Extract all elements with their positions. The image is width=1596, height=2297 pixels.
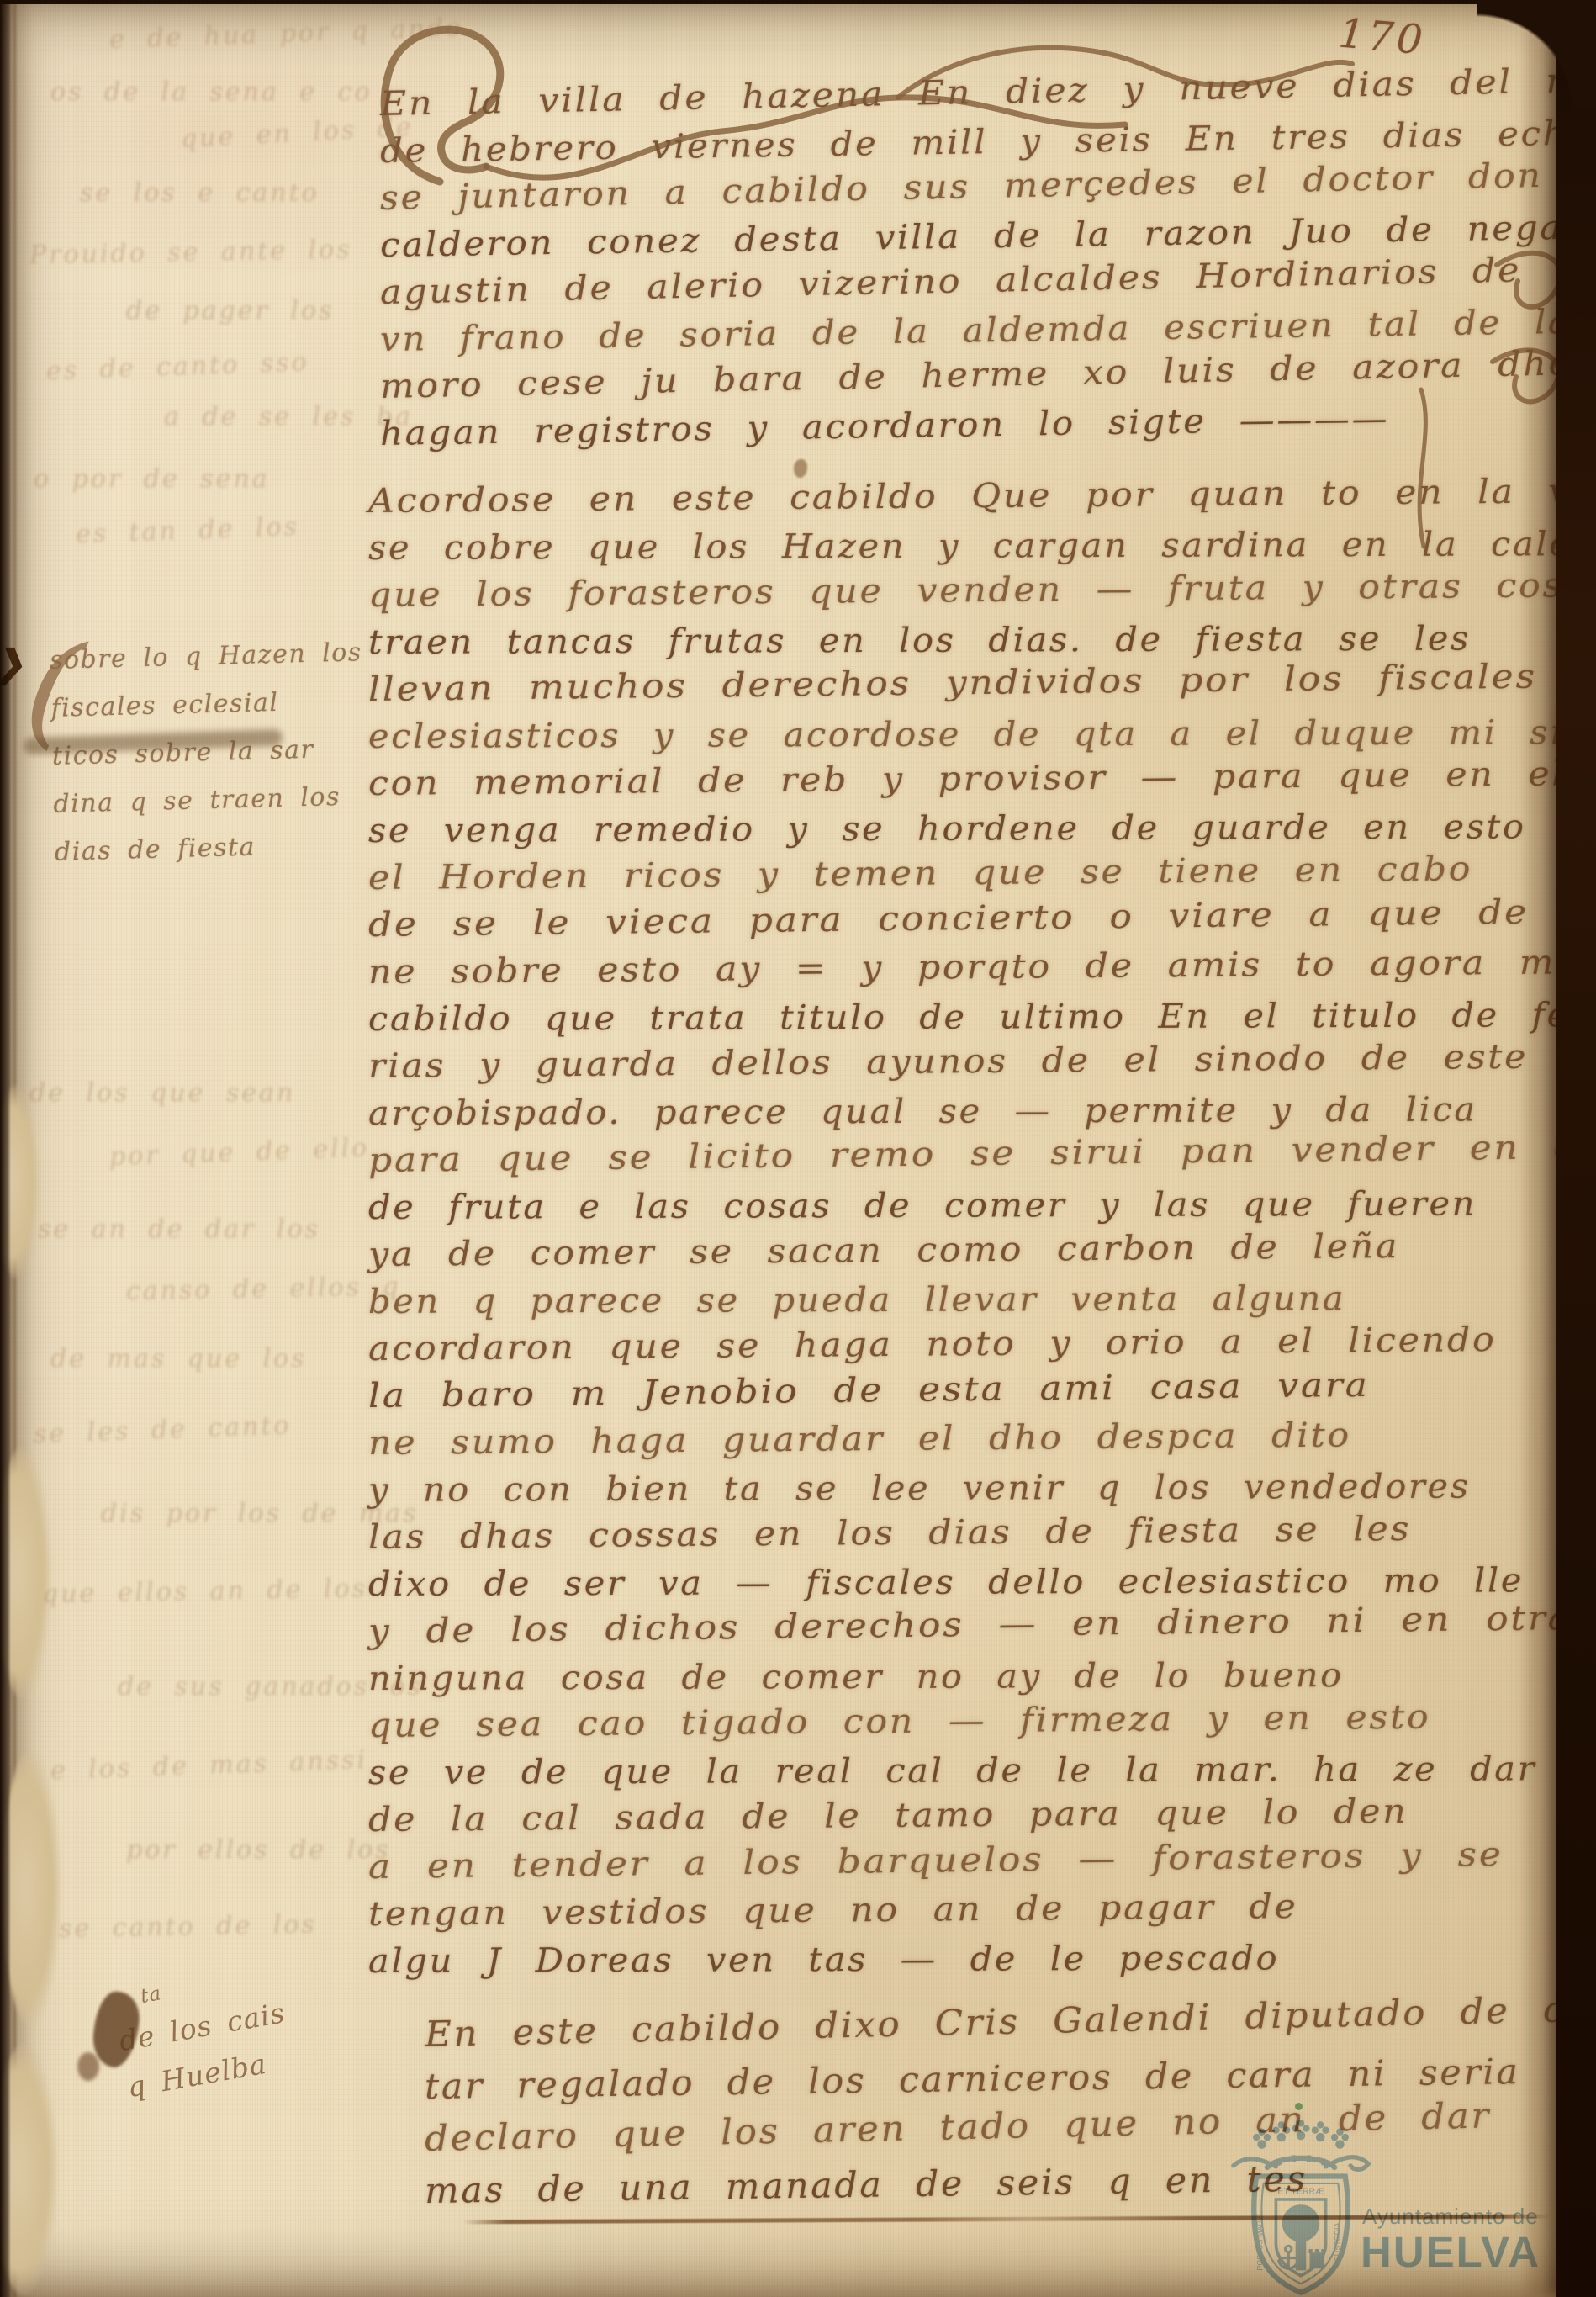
text-line: de pager los	[126, 296, 334, 325]
text-line: es tan de los	[75, 512, 299, 549]
text-line: de los que sean	[29, 1078, 295, 1108]
manuscript-page: e de hua por q andoos de la sena e coque…	[0, 0, 1596, 2297]
watermark-city-name: HUELVA	[1361, 2227, 1541, 2277]
text-line: se canto de los	[59, 1910, 317, 1944]
text-line: algu J Doreas ven tas — de le pescado	[368, 1933, 1596, 1985]
scan-edge-right	[1556, 0, 1596, 2297]
scan-edge-left	[0, 0, 11, 2297]
text-line: de mas que los	[50, 1344, 307, 1373]
text-line: se los e canto	[80, 178, 320, 208]
shield-motto-top: ET TERRÆ	[1277, 2187, 1324, 2197]
text-line: es de canto sso	[45, 347, 309, 386]
margin-note-huelva: tade los caisq Huelba	[109, 1956, 297, 2111]
huelva-coat-of-arms-icon: ET TERRÆ PORTUS MARIS CUSTODIA	[1229, 2120, 1372, 2297]
paragraph-acuerdo-carniceros: En este cabildo dixo Cris Galendi diputa…	[425, 2009, 1596, 2217]
text-line: o por de sena	[34, 464, 270, 494]
shield-motto-left: PORTUS MARIS	[1256, 2214, 1265, 2271]
watermark-org-name: Ayuntamiento de	[1362, 2204, 1539, 2230]
scan-corner-top-right	[1477, 0, 1596, 111]
text-line: se an de dar los	[38, 1215, 320, 1244]
margin-note-sardina: sobre lo q Hazen losfiscales eclesialtic…	[49, 628, 367, 876]
text-line: fiscales eclesial	[50, 676, 364, 733]
text-line: Prouido se ante los	[29, 235, 352, 270]
text-line: e los de mas anssi	[50, 1745, 367, 1786]
text-line: a de se les ba	[164, 402, 413, 431]
text-line: os de la sena e co	[50, 77, 373, 107]
text-line: por que de ello	[108, 1133, 370, 1172]
text-line: sobre lo q Hazen los	[49, 628, 362, 685]
scan-background: e de hua por q andoos de la sena e coque…	[0, 0, 1596, 2297]
ink-blot-small	[77, 2052, 99, 2081]
text-line: que ellos an de los	[42, 1574, 368, 1609]
text-line: canso de ellos q	[126, 1272, 401, 1306]
text-line: se les de canto	[33, 1410, 292, 1449]
scan-edge-top	[0, 0, 1596, 4]
text-line: dina q se traen los	[53, 772, 367, 828]
text-line: por ellos de los	[126, 1835, 391, 1865]
text-line: Acordose en este cabildo Que por quan to…	[368, 466, 1596, 525]
shield-motto-right: CUSTODIA	[1333, 2223, 1341, 2262]
paragraph-acuerdo-sardina: Acordose en este cabildo Que por quan to…	[368, 478, 1596, 1985]
text-line: dias de fiesta	[54, 820, 367, 876]
paragraph-acta-encabezado: En la villa de hazena En diez y nueve di…	[380, 81, 1596, 458]
